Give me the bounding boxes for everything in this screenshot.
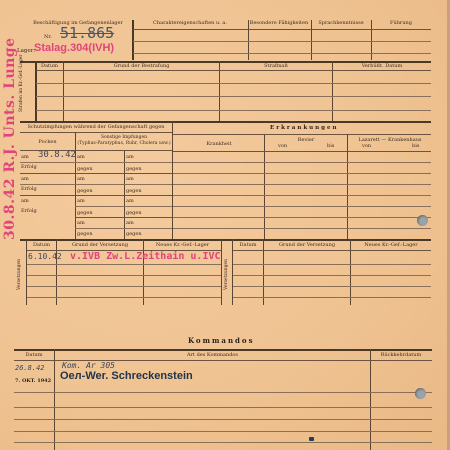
von-label: von: [278, 143, 287, 149]
section-rule: [20, 239, 431, 241]
col-abilities: Besondere Fähigkeiten: [248, 20, 310, 26]
divider: [54, 349, 55, 450]
row-rule: [20, 184, 172, 185]
col-character: Charaktereigenschaften u. a.: [134, 20, 246, 26]
row-rule: [20, 195, 172, 196]
row-rule: [75, 206, 172, 207]
divider: [263, 239, 264, 305]
row-rule: [173, 195, 431, 196]
row-rule: [173, 162, 431, 163]
col-neues-lager: Neues Kr.-Gef.-Lager: [351, 242, 431, 248]
col-datum: Datum: [27, 242, 56, 248]
row-label: am: [21, 176, 29, 182]
row-rule: [14, 419, 432, 420]
row-label: am: [77, 198, 85, 204]
col-lazarett: Lazarett — Krankenhaus: [348, 137, 432, 143]
divider: [248, 20, 249, 60]
row-label: gegen: [77, 166, 93, 172]
divider: [232, 239, 233, 305]
row-label: am: [77, 154, 85, 160]
divider: [75, 132, 76, 239]
row-rule: [27, 264, 221, 265]
vaccination-title: Schutzimpfungen während der Gefangenscha…: [20, 124, 172, 130]
row-label: am: [77, 176, 85, 182]
nr-label: Nr.: [44, 34, 52, 40]
divider: [143, 239, 144, 305]
col-conduct: Führung: [371, 20, 431, 26]
lager-stamp: Stalag.304(IVH): [34, 42, 114, 54]
rule: [173, 151, 431, 152]
row-rule: [14, 442, 432, 443]
col-illness: Krankheit: [173, 141, 265, 147]
row-rule: [173, 184, 431, 185]
row-rule: [14, 407, 432, 408]
col-strafmass: Strafmaß: [220, 63, 332, 69]
bis-label: bis: [327, 143, 334, 149]
punch-hole: [415, 388, 426, 399]
row-rule: [75, 228, 172, 229]
col-datum: Datum: [36, 63, 63, 69]
row-label: am: [126, 176, 134, 182]
row-rule: [14, 392, 432, 393]
row-label: gegen: [126, 231, 142, 237]
row-rule: [36, 83, 431, 84]
row-rule: [27, 275, 221, 276]
von-label: von: [362, 143, 371, 149]
illness-title: Erkrankungen: [270, 125, 339, 131]
row-rule: [173, 228, 431, 229]
row-label: am: [126, 154, 134, 160]
header-rule: [133, 29, 431, 30]
row-rule: [36, 110, 431, 111]
row-label: Erfolg: [21, 164, 37, 170]
col-datum: Datum: [14, 352, 54, 358]
row-rule: [173, 206, 431, 207]
row-rule: [20, 162, 172, 163]
row-label: am: [126, 220, 134, 226]
divider: [350, 239, 351, 305]
row-label: gegen: [126, 166, 142, 172]
header-divider: [132, 20, 134, 60]
row-label: am: [77, 220, 85, 226]
row-rule: [173, 217, 431, 218]
ink-blot: [309, 437, 314, 441]
row-rule: [233, 297, 431, 298]
punch-hole: [417, 215, 428, 226]
col-art: Art des Kommandos: [55, 352, 370, 358]
row-rule: [233, 264, 431, 265]
col-other-vacc-sub: (Typhus-Paratyphus, Ruhr, Cholera usw.): [76, 141, 172, 147]
divider: [172, 121, 173, 239]
col-pocken: Pocken: [20, 139, 75, 145]
row-label: gegen: [77, 231, 93, 237]
col-grund: Grund der Bestrafung: [64, 63, 219, 69]
divider: [347, 134, 348, 239]
strafen-side-label: Strafen im Kr.-Gef.-Lager: [19, 54, 24, 112]
divider: [311, 20, 312, 60]
kommando-stamp: Oел-Wer. Schreckenstein: [60, 370, 193, 382]
section-rule: [20, 121, 431, 123]
row-rule: [20, 173, 172, 174]
row-rule: [14, 431, 432, 432]
row-label: Erfolg: [21, 186, 37, 192]
row-rule: [133, 41, 431, 42]
row-label: gegen: [126, 188, 142, 194]
row-rule: [133, 53, 431, 54]
transfers-right-side-label: Versetzungen: [224, 259, 229, 290]
divider: [221, 239, 222, 305]
col-datum: Datum: [233, 242, 263, 248]
row-rule: [27, 297, 221, 298]
header-rule: [36, 70, 431, 71]
col-verbuesst: Verbüßt. Datum: [333, 63, 431, 69]
pocken-date: 30.8.42: [38, 150, 76, 160]
row-label: am: [21, 198, 29, 204]
kommando-date-2: 7. OKT. 1942: [15, 378, 51, 384]
row-label: gegen: [77, 188, 93, 194]
divider: [371, 20, 372, 60]
divider: [56, 239, 57, 305]
row-label: Erfolg: [21, 208, 37, 214]
divider: [370, 349, 371, 450]
row-label: gegen: [126, 210, 142, 216]
divider: [264, 134, 265, 239]
kommandos-title: Kommandos: [188, 336, 255, 345]
row-rule: [233, 286, 431, 287]
row-rule: [233, 275, 431, 276]
nr-value: 51.865: [60, 24, 114, 42]
row-label: gegen: [77, 210, 93, 216]
rule: [20, 132, 172, 133]
kommando-date-1: 26.8.42: [15, 364, 45, 372]
row-rule: [27, 286, 221, 287]
kommando-entry-1: Kom. Ar 305: [62, 361, 115, 370]
col-rueckkehr: Rückkehrdatum: [371, 352, 431, 358]
col-neues-lager: Neues Kr.-Gef.-Lager: [144, 242, 221, 248]
row-rule: [75, 217, 172, 218]
bis-label: bis: [412, 143, 419, 149]
medical-exam-stamp: 30.8.42 R.J. Unts. Lunge: [2, 37, 18, 240]
divider: [26, 239, 27, 305]
transfers-side-label: Versetzungen: [17, 259, 22, 290]
rule: [233, 250, 431, 251]
col-grund-versetzung: Grund der Versetzung: [57, 242, 143, 248]
row-label: am: [21, 154, 29, 160]
transfer-stamp: v.IVB Zw.L.Zeithain u.IVC: [70, 251, 221, 262]
row-rule: [36, 96, 431, 97]
row-label: am: [126, 198, 134, 204]
col-grund-versetzung: Grund der Versetzung: [264, 242, 350, 248]
transfer-date: 6.10.42: [28, 252, 62, 261]
row-rule: [173, 173, 431, 174]
col-languages: Sprachkenntnisse: [311, 20, 371, 26]
rule: [173, 134, 431, 135]
